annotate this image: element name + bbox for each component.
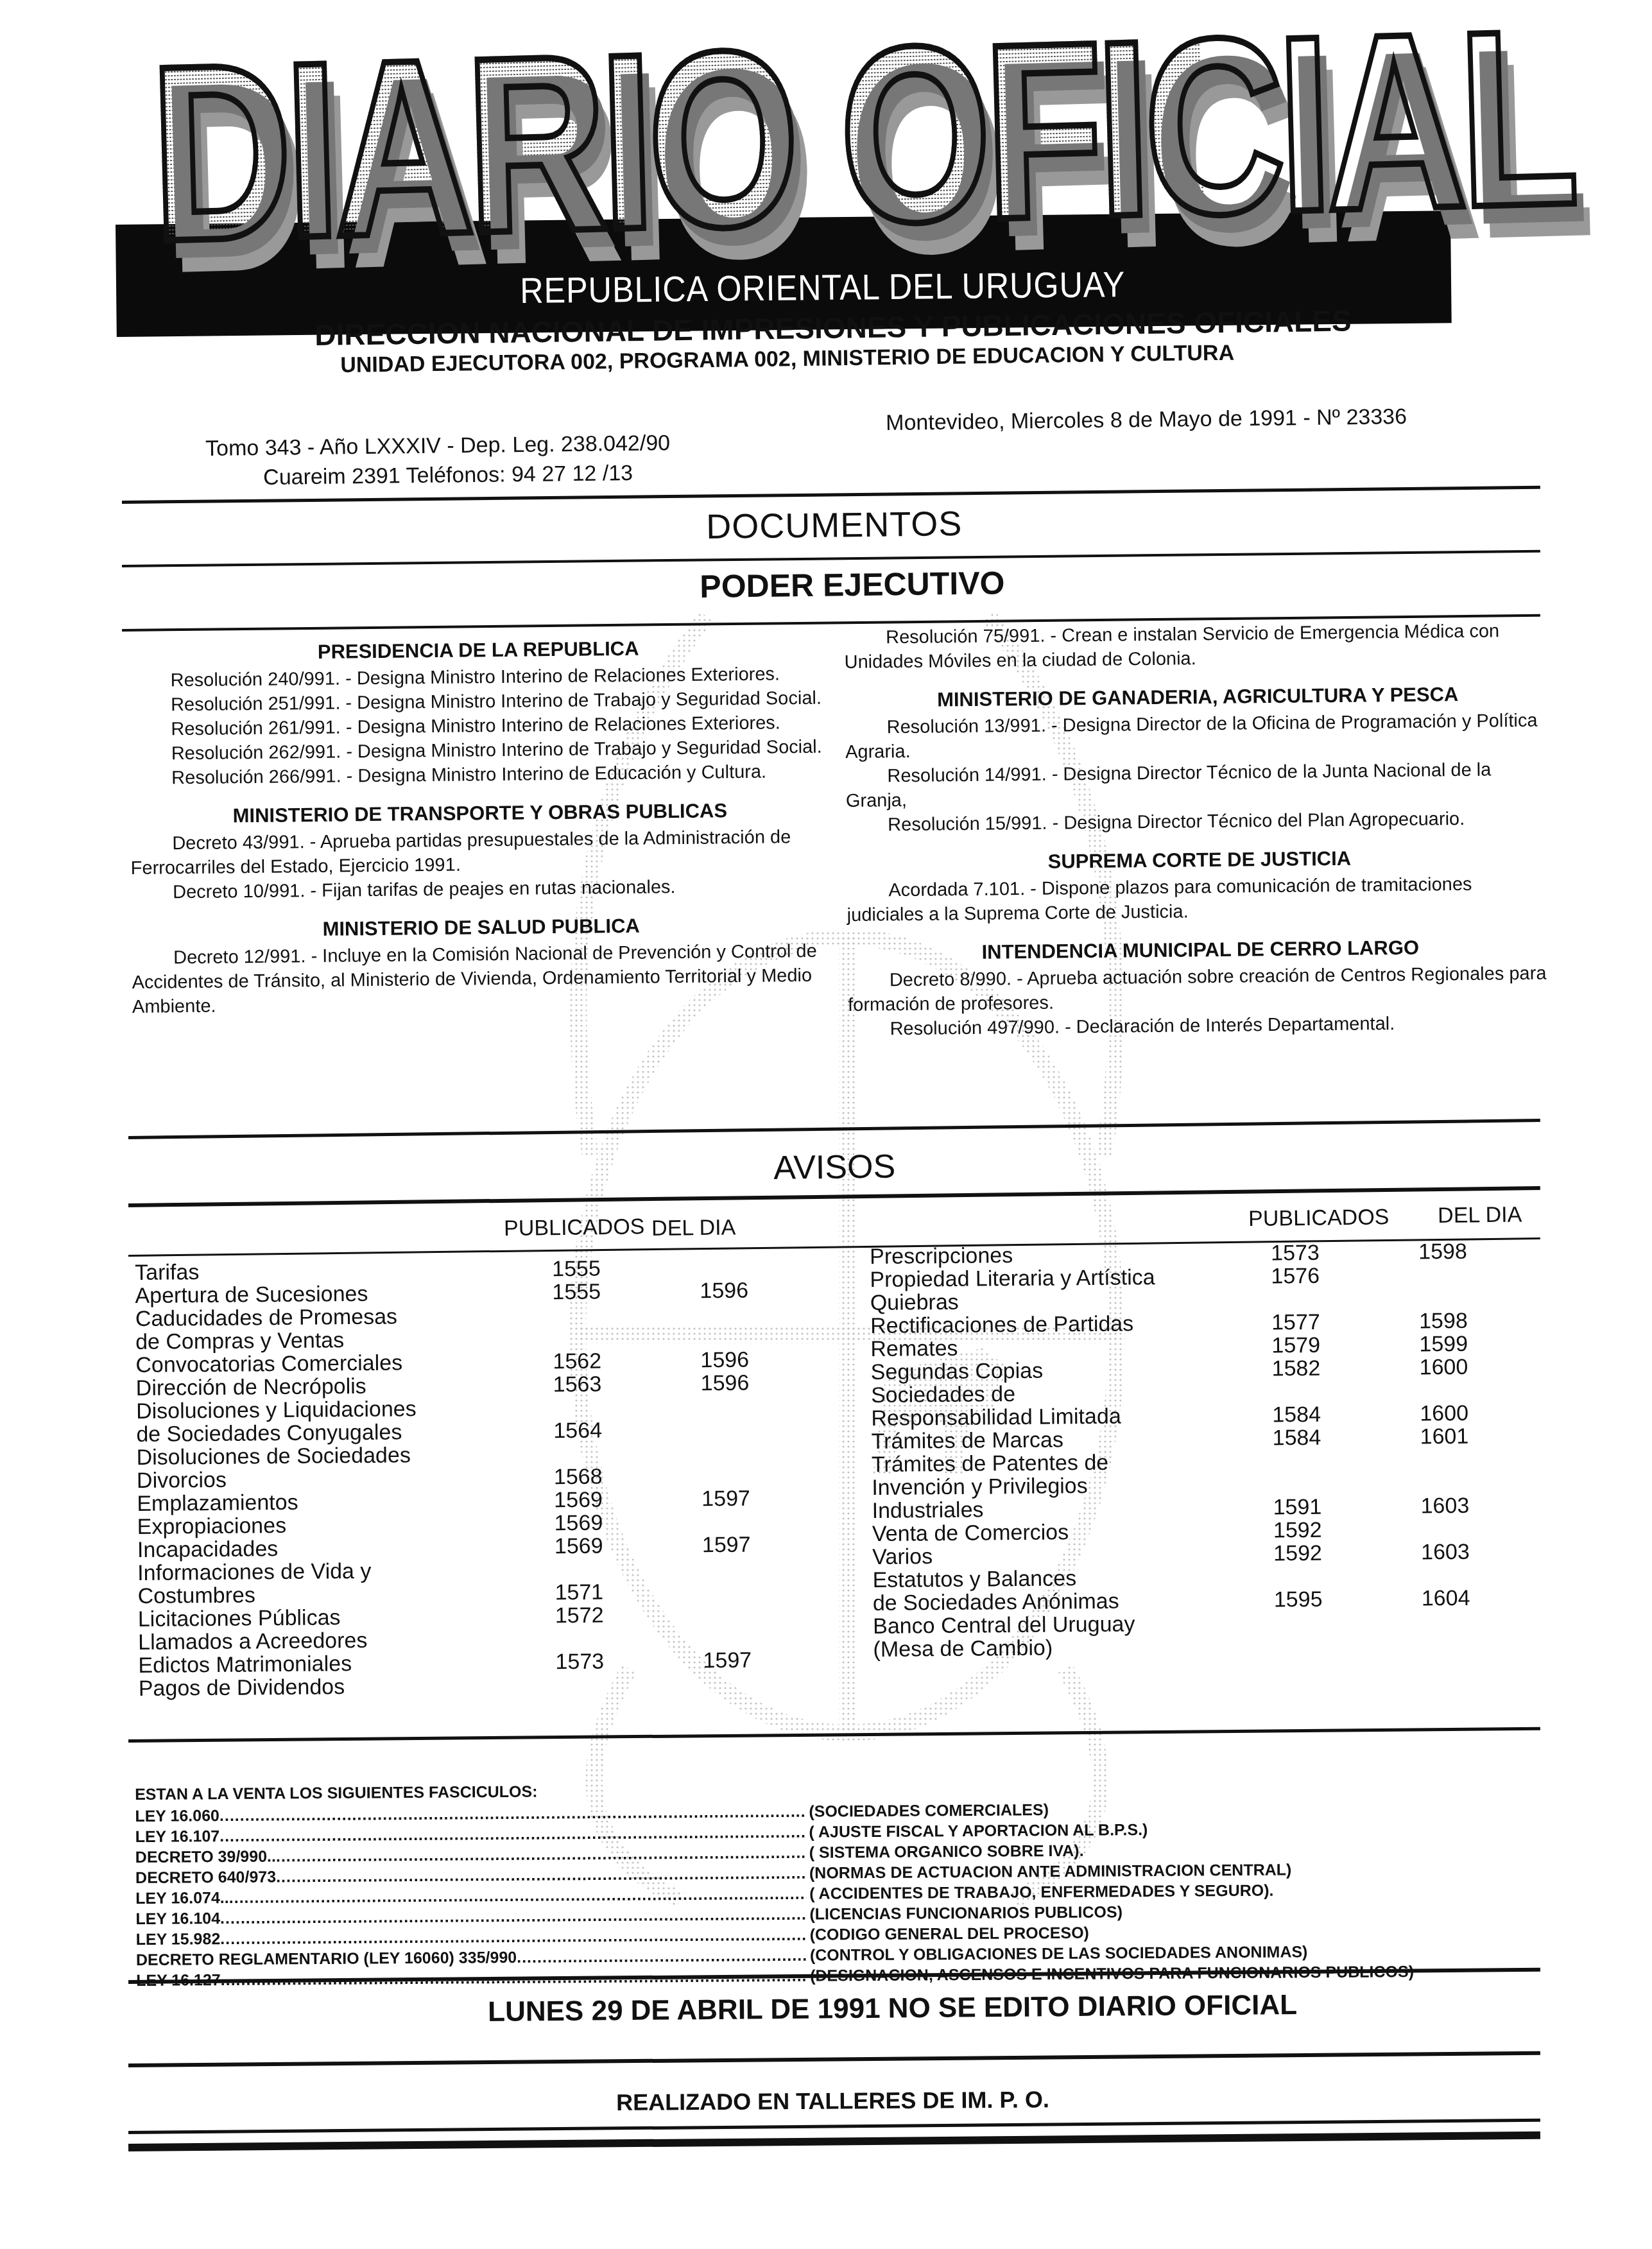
divider [128,1186,1540,1207]
aviso-publicados-page: 1564 [553,1418,701,1442]
aviso-label: Varios [872,1542,1273,1569]
aviso-label: Licitaciones Públicas [138,1604,555,1631]
aviso-publicados-page: 1584 [1272,1402,1420,1427]
aviso-publicados-page [555,1556,702,1581]
aviso-publicados-page: 1573 [1271,1241,1418,1265]
aviso-label: Quiebras [870,1288,1271,1314]
aviso-publicados-page [1273,1564,1421,1589]
fasciculo-description: (SOCIEDADES COMERCIALES) [809,1800,1049,1822]
column-header-del-dia: DEL DIA [1438,1202,1522,1228]
aviso-publicados-page: 1562 [553,1349,700,1373]
aviso-publicados-page: 1555 [552,1279,700,1304]
column-header-publicados: PUBLICADOS [504,1214,645,1241]
aviso-publicados-page: 1572 [555,1603,703,1627]
aviso-label: Rectificaciones de Partidas [870,1311,1271,1338]
aviso-publicados-page: 1568 [554,1464,701,1488]
tomo-line: Tomo 343 - Año LXXXIV - Dep. Leg. 238.04… [205,431,670,461]
aviso-del-dia-page [1421,1563,1549,1587]
aviso-label: Dirección de Necrópolis [136,1373,553,1400]
aviso-publicados-page: 1569 [554,1510,701,1535]
aviso-publicados-page [553,1395,701,1419]
aviso-del-dia-page: 1597 [703,1648,831,1673]
aviso-del-dia-page: 1600 [1420,1401,1548,1426]
aviso-label: Segundas Copias [871,1357,1272,1384]
aviso-del-dia-page: 1598 [1419,1309,1547,1333]
fasciculo-description: ( ACCIDENTES DE TRABAJO, ENFERMEDADES Y … [809,1881,1273,1904]
aviso-del-dia-page: 1600 [1420,1355,1548,1379]
aviso-label: Prescripciones [870,1242,1271,1268]
documentos-left-column: PRESIDENCIA DE LA REPUBLICAResolución 24… [128,635,832,1019]
aviso-del-dia-page [702,1579,830,1603]
fasciculo-name: LEY 16.060 [135,1805,219,1827]
organism-heading: MINISTERIO DE SALUD PUBLICA [132,912,831,944]
aviso-del-dia-page [701,1510,830,1534]
document-entry: Resolución 75/991. - Crean e instalan Se… [844,618,1551,675]
aviso-del-dia-page [701,1440,829,1465]
fasciculos-list: ESTAN A LA VENTA LOS SIGUIENTES FASCICUL… [135,1775,1510,1991]
aviso-del-dia-page: 1597 [702,1533,830,1557]
aviso-del-dia-page: 1596 [700,1348,829,1372]
aviso-label: Pagos de Dividendos [139,1673,556,1700]
avisos-heading: AVISOS [773,1148,896,1187]
aviso-del-dia-page [700,1255,828,1280]
document-entry: Decreto 12/991. - Incluye en la Comisión… [132,939,832,1019]
aviso-publicados-page [556,1672,703,1696]
aviso-publicados-page [1273,1472,1420,1496]
aviso-label: Responsabilidad Limitada [871,1404,1272,1430]
aviso-del-dia-page: 1603 [1420,1494,1549,1518]
organism-heading: MINISTERIO DE GANADERIA, AGRICULTURA Y P… [845,681,1551,713]
fasciculo-name: DECRETO 640/973 [135,1866,276,1888]
aviso-label: Expropiaciones [137,1512,554,1538]
aviso-del-dia-page: 1599 [1419,1332,1547,1356]
fasciculo-description: (CODIGO GENERAL DEL PROCESO) [810,1923,1089,1945]
aviso-label: de Compras y Ventas [135,1327,553,1354]
aviso-del-dia-page [701,1394,829,1418]
aviso-publicados-page: 1591 [1273,1495,1420,1519]
aviso-publicados-page [1273,1449,1420,1473]
aviso-publicados-page: 1569 [554,1487,701,1512]
aviso-del-dia-page: 1596 [700,1279,828,1303]
aviso-label: Informaciones de Vida y [137,1558,555,1585]
aviso-publicados-page [553,1302,700,1327]
aviso-label: Edictos Matrimoniales [138,1650,555,1677]
organism-heading: MINISTERIO DE TRANSPORTE Y OBRAS PUBLICA… [130,798,830,829]
masthead-subtitle: REPUBLICA ORIENTAL DEL URUGUAY [520,263,1125,311]
aviso-del-dia-page [1422,1632,1550,1657]
divider [128,2051,1540,2067]
aviso-label: Costumbres [137,1581,555,1608]
aviso-label: Caducidades de Promesas [135,1304,553,1331]
document-entry: Decreto 8/990. - Aprueba actuación sobre… [848,961,1554,1017]
aviso-label: Banco Central del Uruguay [873,1612,1274,1638]
fasciculo-description: ( SISTEMA ORGANICO SOBRE IVA). [809,1841,1084,1863]
divider [128,1119,1540,1139]
document-entry: Decreto 43/991. - Aprueba partidas presu… [130,825,830,881]
aviso-del-dia-page: 1596 [701,1371,829,1395]
aviso-label: Invención y Privilegios [872,1473,1273,1499]
fasciculo-name: DECRETO 39/990.. [135,1846,276,1868]
aviso-publicados-page: 1569 [555,1533,702,1558]
aviso-label: Disoluciones de Sociedades [137,1442,554,1469]
avisos-table-right: Prescripciones15731598Propiedad Literari… [870,1239,1551,1661]
fasciculo-name: LEY 15.982 [136,1929,221,1950]
divider [122,550,1540,567]
documentos-heading: DOCUMENTOS [706,504,963,547]
aviso-del-dia-page: 1598 [1418,1239,1547,1264]
aviso-label: de Sociedades Anónimas [873,1589,1274,1615]
aviso-publicados-page: 1555 [552,1256,700,1280]
fasciculo-description: (NORMAS DE ACTUACION ANTE ADMINISTRACION… [809,1859,1292,1883]
aviso-label: Venta de Comercios [872,1519,1273,1546]
aviso-row: (Mesa de Cambio) [873,1632,1550,1661]
notice-no-edition: LUNES 29 DE ABRIL DE 1991 NO SE EDITO DI… [488,1989,1297,2028]
divider [128,2119,1540,2134]
aviso-publicados-page [553,1325,700,1350]
aviso-row: Pagos de Dividendos [139,1671,832,1700]
aviso-publicados-page [555,1626,703,1650]
fasciculo-description: (CONTROL Y OBLIGACIONES DE LAS SOCIEDADE… [810,1942,1308,1965]
aviso-label: Estatutos y Balances [872,1565,1273,1592]
aviso-del-dia-page [703,1625,831,1650]
aviso-label: Industriales [872,1496,1273,1522]
aviso-del-dia-page [703,1671,832,1696]
aviso-label: Divorcios [137,1465,554,1492]
fasciculo-name: LEY 16.104 [135,1908,220,1929]
aviso-del-dia-page [700,1325,829,1349]
column-header-del-dia: DEL DIA [651,1215,736,1241]
aviso-label: Llamados a Acreedores [138,1627,555,1654]
poder-ejecutivo-heading: PODER EJECUTIVO [700,564,1005,605]
aviso-publicados-page: 1563 [553,1372,701,1396]
divider [128,1727,1540,1743]
aviso-del-dia-page [701,1463,830,1488]
dot-leader: ........................................… [517,1945,807,1968]
aviso-label: Remates [870,1334,1271,1361]
aviso-del-dia-page: 1601 [1420,1424,1548,1449]
aviso-publicados-page [553,1441,701,1465]
aviso-del-dia-page: 1597 [701,1486,830,1511]
aviso-del-dia-page [700,1302,829,1326]
document-entry: Resolución 14/991. - Designa Director Té… [845,757,1552,813]
aviso-label: Apertura de Sucesiones [135,1280,552,1307]
aviso-publicados-page [1271,1287,1419,1311]
column-header-publicados: PUBLICADOS [1248,1205,1390,1232]
aviso-label: Emplazamientos [137,1488,554,1515]
aviso-del-dia-page [1418,1262,1547,1287]
aviso-publicados-page: 1592 [1273,1541,1421,1565]
aviso-del-dia-page [702,1556,830,1580]
aviso-label: Trámites de Patentes de [872,1450,1273,1476]
aviso-label: Disoluciones y Liquidaciones [136,1396,553,1423]
organism-heading: PRESIDENCIA DE LA REPUBLICA [128,635,828,666]
aviso-del-dia-page [1420,1447,1549,1472]
aviso-publicados-page: 1571 [555,1580,702,1604]
aviso-del-dia-page [1422,1609,1550,1633]
aviso-del-dia-page: 1604 [1422,1586,1550,1610]
aviso-publicados-page: 1582 [1272,1356,1420,1381]
aviso-del-dia-page [1419,1286,1547,1310]
aviso-del-dia-page [1421,1517,1549,1541]
aviso-label: Incapacidades [137,1535,555,1562]
divider [128,2132,1540,2151]
aviso-label: Trámites de Marcas [872,1427,1273,1453]
aviso-label: Propiedad Literaria y Artística [870,1265,1271,1291]
aviso-publicados-page: 1579 [1271,1333,1419,1357]
printer-credit: REALIZADO EN TALLERES DE IM. P. O. [616,2086,1049,2116]
aviso-del-dia-page [1420,1378,1548,1402]
fasciculo-name: DECRETO REGLAMENTARIO (LEY 16060) 335/99… [136,1947,517,1970]
dateline: Montevideo, Miercoles 8 de Mayo de 1991 … [886,404,1407,436]
document-entry: Resolución 13/991. - Designa Director de… [845,708,1551,764]
aviso-label: Convocatorias Comerciales [135,1350,553,1377]
aviso-publicados-page: 1584 [1272,1426,1420,1450]
avisos-table-left: Tarifas1555Apertura de Sucesiones1555159… [135,1255,832,1700]
aviso-label: Tarifas [135,1257,552,1284]
aviso-label: (Mesa de Cambio) [873,1635,1274,1661]
aviso-publicados-page [1272,1379,1420,1404]
fasciculo-description: (LICENCIAS FUNCIONARIOS PUBLICOS) [809,1902,1123,1924]
documentos-right-column: Resolución 75/991. - Crean e instalan Se… [844,618,1554,1041]
aviso-publicados-page: 1573 [555,1649,703,1673]
aviso-publicados-page: 1595 [1274,1587,1422,1612]
aviso-del-dia-page [1420,1470,1549,1495]
fasciculo-name: LEY 16.074.. [135,1888,229,1909]
organism-heading: SUPREMA CORTE DE JUSTICIA [847,844,1553,876]
aviso-publicados-page: 1592 [1273,1518,1421,1542]
aviso-label: de Sociedades Conyugales [136,1419,553,1446]
aviso-publicados-page [1274,1610,1422,1635]
document-entry: Acordada 7.101. - Dispone plazos para co… [847,871,1553,927]
aviso-del-dia-page [703,1602,831,1626]
aviso-del-dia-page [701,1417,829,1442]
aviso-publicados-page: 1576 [1271,1264,1418,1288]
fasciculo-description: ( AJUSTE FISCAL Y APORTACION AL B.P.S.) [809,1820,1148,1843]
address-line: Cuareim 2391 Teléfonos: 94 27 12 /13 [263,461,633,490]
aviso-publicados-page [1274,1633,1422,1658]
organism-heading: INTENDENCIA MUNICIPAL DE CERRO LARGO [847,934,1553,966]
aviso-publicados-page: 1577 [1271,1310,1419,1334]
fasciculo-name: LEY 16.107 [135,1826,219,1847]
aviso-del-dia-page: 1603 [1421,1540,1549,1564]
aviso-label: Sociedades de [871,1381,1272,1407]
